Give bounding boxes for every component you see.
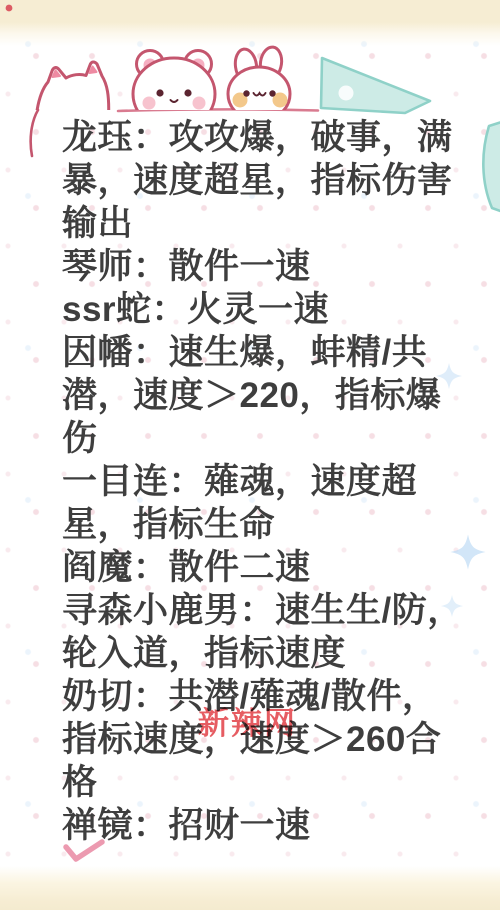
text-line: 轮入道，指标速度 — [62, 632, 463, 675]
text-line: 一目连：薙魂，速度超 — [62, 460, 463, 503]
cat-body-curve — [31, 110, 38, 156]
text-line: 因幡：速生爆，蚌精/共 — [62, 331, 463, 374]
washi-tape-icon — [321, 58, 430, 113]
bunny-face-icon — [228, 46, 290, 121]
text-line: 输出 — [62, 202, 463, 245]
text-line: 禅镜：招财一速 — [62, 804, 463, 847]
cat-face-icon — [36, 62, 109, 118]
text-line: ssr蛇：火灵一速 — [62, 288, 463, 331]
text-line: 琴师：散件一速 — [62, 245, 463, 288]
text-line: 暴，速度超星，指标伤害 — [62, 159, 463, 202]
text-line: 星，指标生命 — [62, 503, 463, 546]
screenshot-root: 龙珏：攻攻爆，破事，满 暴，速度超星，指标伤害 输出 琴师：散件一速 ssr蛇：… — [0, 0, 500, 910]
text-line: 龙珏：攻攻爆，破事，满 — [62, 116, 463, 159]
bottom-cream-band — [0, 866, 500, 910]
mint-ribbon-icon — [483, 118, 500, 216]
text-line: 伤 — [62, 417, 463, 460]
text-line: 格 — [62, 761, 463, 804]
text-line: 阎魔：散件二速 — [62, 546, 463, 589]
watermark: 新辣网 — [198, 698, 297, 743]
text-line: 寻森小鹿男：速生生/防， — [62, 589, 463, 632]
top-cream-band — [0, 0, 500, 46]
text-line: 潜，速度＞220，指标爆 — [62, 374, 463, 417]
divider-line — [118, 109, 318, 111]
